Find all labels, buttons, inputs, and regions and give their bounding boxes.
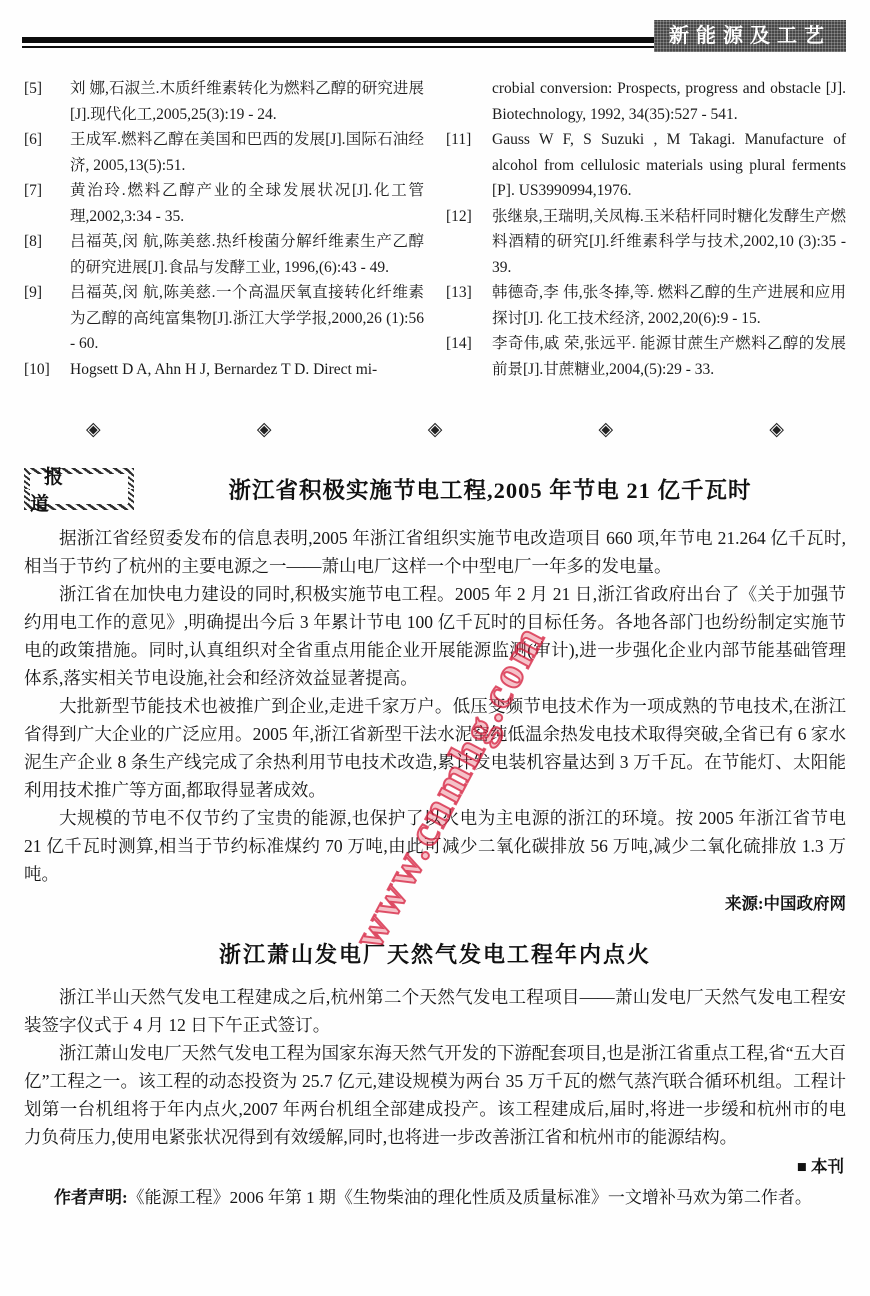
diamond-ornament-icon: ◈	[86, 418, 101, 441]
reference-number: [9]	[24, 280, 70, 357]
reference-number: [11]	[446, 127, 492, 204]
report-badge: 报 道	[24, 468, 134, 510]
reference-number: [10]	[24, 357, 70, 383]
reference-item: [13] 韩德奇,李 伟,张冬捧,等. 燃料乙醇的生产进展和应用探讨[J]. 化…	[446, 280, 846, 331]
reference-text: 黄治玲.燃料乙醇产业的全球发展状况[J].化工管理,2002,3:34 - 35…	[70, 178, 424, 229]
reference-text: 吕福英,闵 航,陈美慈.热纤梭菌分解纤维素生产乙醇的研究进展[J].食品与发酵工…	[70, 229, 424, 280]
reference-number: [5]	[24, 76, 70, 127]
reference-item: [8] 吕福英,闵 航,陈美慈.热纤梭菌分解纤维素生产乙醇的研究进展[J].食品…	[24, 229, 424, 280]
article2-body: 浙江半山天然气发电工程建成之后,杭州第二个天然气发电工程项目——萧山发电厂天然气…	[24, 983, 846, 1151]
article1-paragraph: 大批新型节能技术也被推广到企业,走进千家万户。低压变频节电技术作为一项成熟的节电…	[24, 692, 846, 804]
article1-paragraph: 据浙江省经贸委发布的信息表明,2005 年浙江省组织实施节电改造项目 660 项…	[24, 524, 846, 580]
journal-page: 新能源及工艺 [5] 刘 娜,石淑兰.木质纤维素转化为燃料乙醇的研究进展[J].…	[0, 0, 870, 1296]
reference-number: [8]	[24, 229, 70, 280]
references-section: [5] 刘 娜,石淑兰.木质纤维素转化为燃料乙醇的研究进展[J].现代化工,20…	[24, 76, 846, 382]
diamond-ornament-icon: ◈	[599, 418, 614, 441]
article1-paragraph: 大规模的节电不仅节约了宝贵的能源,也保护了以火电为主电源的浙江的环境。按 200…	[24, 804, 846, 888]
reference-text: 刘 娜,石淑兰.木质纤维素转化为燃料乙醇的研究进展[J].现代化工,2005,2…	[70, 76, 424, 127]
reference-number: [7]	[24, 178, 70, 229]
article1-source: 来源:中国政府网	[24, 890, 846, 914]
reference-text: Hogsett D A, Ahn H J, Bernardez T D. Dir…	[70, 357, 424, 383]
article2-paragraph: 浙江半山天然气发电工程建成之后,杭州第二个天然气发电工程项目——萧山发电厂天然气…	[24, 983, 846, 1039]
author-statement-label: 作者声明:	[54, 1188, 128, 1207]
references-right-column: crobial conversion: Prospects, progress …	[446, 76, 846, 382]
article1-header: 报 道 浙江省积极实施节电工程,2005 年节电 21 亿千瓦时	[24, 468, 846, 510]
reference-number: [12]	[446, 204, 492, 281]
reference-text: 张继泉,王瑞明,关凤梅.玉米秸杆同时糖化发酵生产燃料酒精的研究[J].纤维素科学…	[492, 204, 846, 281]
author-statement: 作者声明:《能源工程》2006 年第 1 期《生物柴油的理化性质及质量标准》一文…	[24, 1183, 846, 1208]
reference-item: [9] 吕福英,闵 航,陈美慈.一个高温厌氧直接转化纤维素为乙醇的高纯富集物[J…	[24, 280, 424, 357]
reference-item: [11] Gauss W F, S Suzuki , M Takagi. Man…	[446, 127, 846, 204]
page-header: 新能源及工艺	[0, 0, 870, 54]
reference-number: [13]	[446, 280, 492, 331]
reference-item: [7] 黄治玲.燃料乙醇产业的全球发展状况[J].化工管理,2002,3:34 …	[24, 178, 424, 229]
reference-number: [6]	[24, 127, 70, 178]
article2-end-mark: ■ 本刊	[26, 1153, 844, 1177]
article1-paragraph: 浙江省在加快电力建设的同时,积极实施节电工程。2005 年 2 月 21 日,浙…	[24, 580, 846, 692]
reference-text: 王成军.燃料乙醇在美国和巴西的发展[J].国际石油经济, 2005,13(5):…	[70, 127, 424, 178]
reference-item-continuation: crobial conversion: Prospects, progress …	[446, 76, 846, 127]
ornament-divider: ◈ ◈ ◈ ◈ ◈	[24, 416, 846, 442]
diamond-ornament-icon: ◈	[769, 418, 784, 441]
reference-item: [10] Hogsett D A, Ahn H J, Bernardez T D…	[24, 357, 424, 383]
reference-text: 李奇伟,戚 荣,张远平. 能源甘蔗生产燃料乙醇的发展前景[J].甘蔗糖业,200…	[492, 331, 846, 382]
reference-text: 吕福英,闵 航,陈美慈.一个高温厌氧直接转化纤维素为乙醇的高纯富集物[J].浙江…	[70, 280, 424, 357]
reference-item: [12] 张继泉,王瑞明,关凤梅.玉米秸杆同时糖化发酵生产燃料酒精的研究[J].…	[446, 204, 846, 281]
article2-title: 浙江萧山发电厂天然气发电工程年内点火	[24, 938, 846, 969]
article1-body: 据浙江省经贸委发布的信息表明,2005 年浙江省组织实施节电改造项目 660 项…	[24, 524, 846, 888]
references-left-column: [5] 刘 娜,石淑兰.木质纤维素转化为燃料乙醇的研究进展[J].现代化工,20…	[24, 76, 424, 382]
reference-text: 韩德奇,李 伟,张冬捧,等. 燃料乙醇的生产进展和应用探讨[J]. 化工技术经济…	[492, 280, 846, 331]
section-badge: 新能源及工艺	[654, 20, 846, 52]
reference-number	[446, 76, 492, 127]
reference-item: [14] 李奇伟,戚 荣,张远平. 能源甘蔗生产燃料乙醇的发展前景[J].甘蔗糖…	[446, 331, 846, 382]
reference-text: crobial conversion: Prospects, progress …	[492, 76, 846, 127]
reference-number: [14]	[446, 331, 492, 382]
reference-item: [5] 刘 娜,石淑兰.木质纤维素转化为燃料乙醇的研究进展[J].现代化工,20…	[24, 76, 424, 127]
author-statement-text: 《能源工程》2006 年第 1 期《生物柴油的理化性质及质量标准》一文增补马欢为…	[128, 1188, 812, 1207]
diamond-ornament-icon: ◈	[257, 418, 272, 441]
reference-text: Gauss W F, S Suzuki , M Takagi. Manufact…	[492, 127, 846, 204]
article2-paragraph: 浙江萧山发电厂天然气发电工程为国家东海天然气开发的下游配套项目,也是浙江省重点工…	[24, 1039, 846, 1151]
reference-item: [6] 王成军.燃料乙醇在美国和巴西的发展[J].国际石油经济, 2005,13…	[24, 127, 424, 178]
article1-title: 浙江省积极实施节电工程,2005 年节电 21 亿千瓦时	[134, 473, 846, 505]
diamond-ornament-icon: ◈	[428, 418, 443, 441]
